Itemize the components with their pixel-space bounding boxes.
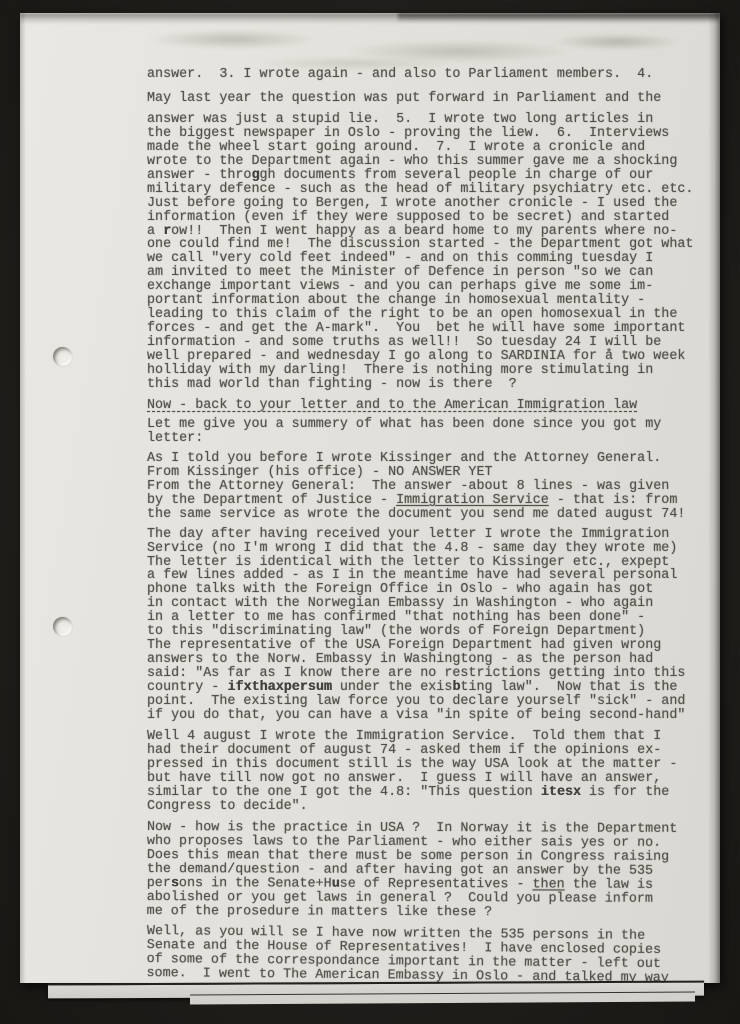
text-line: wrote to the Department again - who this… — [147, 155, 713, 169]
text-segment: holliday with my darling! There is nothi… — [147, 363, 653, 378]
paragraph: Well, as you will se I have now written … — [146, 925, 713, 986]
text-line: pressed in this document still is the wa… — [147, 758, 713, 772]
paper-top-edge-shadow — [398, 13, 720, 22]
text-segment: letter: — [147, 431, 203, 446]
text-line: holliday with my darling! There is nothi… — [147, 364, 713, 378]
text-line: Now - back to your letter and to the Ame… — [147, 399, 713, 413]
text-line: From Kissinger (his office) - NO ANSWER … — [147, 466, 713, 480]
text-segment: pressed in this document still is the wa… — [147, 757, 677, 772]
ink-smudge-band — [80, 25, 690, 73]
text-line: Let me give you a summery of what has be… — [147, 418, 713, 432]
text-line: well prepared - and wednesday I go along… — [147, 350, 713, 364]
text-segment: se of Representatives - — [340, 876, 533, 892]
text-segment: point. The existing law force you to dec… — [147, 694, 685, 709]
text-line: if you do that, you can have a visa "in … — [147, 709, 713, 723]
text-segment: me of the prosedure in matters like thes… — [147, 903, 493, 919]
paragraph: Now - how is the practice in USA ? In No… — [147, 821, 713, 921]
paper-left-edge-shade — [20, 13, 26, 983]
paragraph: The day after having received your lette… — [147, 528, 713, 723]
paragraph: Let me give you a summery of what has be… — [147, 418, 713, 446]
text-segment: information - and some truths as well!! … — [147, 335, 661, 350]
punch-hole-top — [53, 347, 72, 366]
text-segment: answer. 3. I wrote again - and also to P… — [147, 67, 653, 82]
text-line: From the Attorney General: The answer -a… — [147, 480, 713, 494]
text-line: me of the prosedure in matters like thes… — [147, 904, 713, 920]
text-segment: Just before going to Bergen, I wrote ano… — [147, 196, 677, 211]
text-segment: the law is — [565, 877, 653, 892]
paper-sheet: answer. 3. I wrote again - and also to P… — [20, 13, 720, 983]
paragraph: As I told you before I wrote Kissinger a… — [147, 452, 713, 522]
text-line: by the Department of Justice - Immigrati… — [147, 494, 713, 508]
text-line: May last year the question was put forwa… — [147, 92, 713, 106]
text-line: this mad world than fighting - now is th… — [147, 378, 713, 392]
text-segment: ons in the Senate+H — [179, 876, 332, 892]
text-line: point. The existing law force you to dec… — [147, 695, 713, 709]
text-segment-struck: itesx — [541, 785, 581, 800]
text-line: country - ifxthaxpersum under the exisbt… — [147, 681, 713, 695]
paragraph: answer was just a stupid lie. 5. I wrote… — [147, 113, 713, 392]
text-segment: military defence - such as the head of m… — [147, 182, 693, 197]
text-line: Congress to decide". — [147, 800, 713, 814]
paragraph: Well 4 august I wrote the Immigration Se… — [147, 730, 713, 814]
next-page-edge-2 — [190, 991, 695, 1004]
text-segment-struck: s — [171, 876, 179, 891]
text-segment: answers to the Norw. Embassy in Washingt… — [147, 652, 653, 667]
text-line: Just before going to Bergen, I wrote ano… — [147, 197, 713, 211]
text-segment: Congress to decide". — [147, 799, 308, 814]
text-segment: information (even if they were supposed … — [147, 210, 669, 225]
text-line: the biggest newspaper in Oslo - proving … — [147, 127, 713, 141]
text-segment-struck: u — [332, 876, 340, 891]
text-segment: From the Attorney General: The answer -a… — [147, 479, 669, 494]
text-line: information (even if they were supposed … — [147, 211, 713, 225]
text-segment: under the exis — [332, 680, 453, 695]
text-segment: answer was just a stupid lie. 5. I wrote… — [147, 112, 653, 127]
text-segment: well prepared - and wednesday I go along… — [147, 349, 685, 364]
text-segment: As I told you before I wrote Kissinger a… — [147, 451, 661, 466]
text-segment: per — [147, 875, 171, 890]
text-segment: Let me give you a summery of what has be… — [147, 417, 661, 432]
text-line: answer. 3. I wrote again - and also to P… — [147, 68, 713, 82]
text-segment: answer - thro — [147, 168, 251, 183]
text-line: military defence - such as the head of m… — [147, 183, 713, 197]
text-segment: by the Department of Justice - — [147, 493, 396, 508]
text-segment: is for the — [581, 785, 669, 800]
text-segment: forces - and get the A-mark". You bet he… — [147, 321, 685, 336]
text-segment: - that is: from — [549, 493, 678, 508]
text-line: but have till now got no answer. I guess… — [147, 772, 713, 786]
text-line: Service (no I'm wrong I did that the 4.8… — [147, 542, 713, 556]
text-line: The day after having received your lette… — [147, 528, 713, 542]
text-line: answer was just a stupid lie. 5. I wrote… — [147, 113, 713, 127]
text-line: had their document of august 74 - asked … — [147, 744, 713, 758]
text-segment: had their document of august 74 - asked … — [147, 743, 661, 758]
text-line: said: "As far as I know there are no res… — [147, 667, 713, 681]
text-segment: wrote to the Department again - who this… — [147, 154, 677, 169]
text-segment: said: "As far as I know there are no res… — [147, 666, 685, 681]
text-line: As I told you before I wrote Kissinger a… — [147, 452, 713, 466]
typed-text: answer. 3. I wrote again - and also to P… — [147, 68, 713, 981]
text-segment: country - — [147, 680, 227, 695]
text-segment: gh documents from several people in char… — [260, 168, 654, 183]
text-segment: made the wheel start going around. 7. I … — [147, 140, 645, 155]
text-segment: the same service as wrote the document y… — [147, 507, 685, 522]
text-line: answer - throggh documents from several … — [147, 169, 713, 183]
text-segment: this mad world than fighting - now is th… — [147, 377, 517, 392]
text-segment: May last year the question was put forwa… — [147, 91, 661, 106]
paragraph: May last year the question was put forwa… — [147, 92, 713, 106]
punch-hole-bottom — [53, 617, 72, 636]
text-segment-struck: ifxthaxpersum — [227, 680, 331, 695]
text-line: similar to the one I got the 4.8: "This … — [147, 786, 713, 800]
text-segment: Well 4 august I wrote the Immigration Se… — [147, 729, 661, 744]
text-segment: From Kissinger (his office) - NO ANSWER … — [147, 465, 493, 480]
text-segment: The representative of the USA Foreign De… — [147, 638, 661, 653]
text-line: Well 4 august I wrote the Immigration Se… — [147, 730, 713, 744]
text-line: made the wheel start going around. 7. I … — [147, 141, 713, 155]
text-segment-struck: g — [251, 168, 259, 183]
paragraph: answer. 3. I wrote again - and also to P… — [147, 68, 713, 82]
text-segment: ting law". Now that is the — [460, 680, 677, 695]
text-segment: if you do that, you can have a visa "in … — [147, 708, 685, 723]
text-segment-dashunder: Now - back to your letter and to the Ame… — [147, 398, 637, 413]
text-line: letter: — [147, 432, 713, 446]
text-segment: but have till now got no answer. I guess… — [147, 771, 661, 786]
text-segment: The day after having received your lette… — [147, 527, 669, 542]
text-segment: similar to the one I got the 4.8: "This … — [147, 785, 541, 800]
text-line: the same service as wrote the document y… — [147, 508, 713, 522]
paragraph: Now - back to your letter and to the Ame… — [147, 399, 713, 413]
text-segment: leading to this claim of the right to be… — [147, 307, 677, 322]
text-segment: the biggest newspaper in Oslo - proving … — [147, 126, 669, 141]
text-segment-underline: Immigration Service — [396, 493, 549, 508]
text-segment-underline: then — [533, 877, 565, 892]
text-segment: Service (no I'm wrong I did that the 4.8… — [147, 541, 677, 556]
